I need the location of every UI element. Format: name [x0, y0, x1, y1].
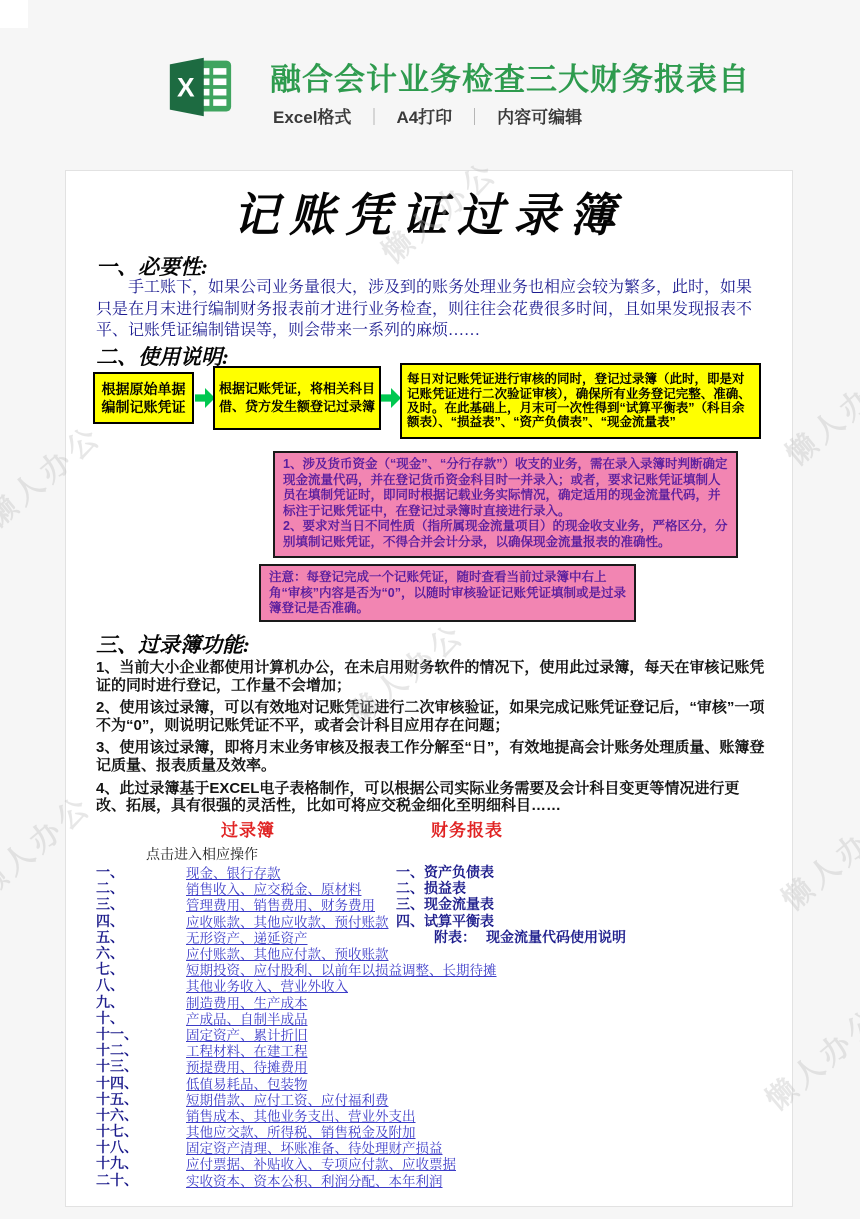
appendix-text: 现金流量代码使用说明: [486, 927, 626, 947]
section3-item: 3、使用该过录簿，即将月末业务审核及报表工作分解至“日”，有效地提高会计账务处理…: [96, 739, 768, 774]
flow-arrow-icon: [381, 388, 401, 408]
click-hint: 点击进入相应操作: [146, 844, 258, 864]
cash-flow-note-item: 2、要求对当日不同性质（指所属现金流量项目）的现金收支业务，严格区分，分别填制记…: [283, 519, 728, 550]
cash-flow-note: 1、涉及货币资金（“现金”、“分行存款”）收支的业务，需在录入录簿时判断确定现金…: [273, 451, 738, 558]
appendix-label: 附表：: [434, 927, 476, 947]
corner-patch: [0, 0, 28, 28]
ledger-row-link[interactable]: 实收资本、资本公积、利润分配、本年利润: [186, 1170, 443, 1190]
flow-arrow-icon: [195, 388, 215, 408]
document-preview: 记账凭证过录簿 一、必要性: 手工账下，如果公司业务量很大，涉及到的账务处理业务…: [65, 170, 793, 1207]
page-title: 融合会计业务检查三大财务报表自: [270, 54, 830, 99]
flow-box-3: 每日对记账凭证进行审核的同时，登记过录簿（此时，即是对记账凭证进行二次验证审核）…: [400, 363, 761, 439]
section3-heading: 三、过录簿功能:: [96, 629, 250, 659]
excel-logo-icon: X: [167, 55, 233, 119]
edit-label: 内容可编辑: [497, 108, 582, 127]
appendix-row: 附表： 现金流量代码使用说明: [396, 929, 626, 945]
section1-paragraph: 手工账下，如果公司业务量很大，涉及到的账务处理业务也相应会较为繁多，此时，如果只…: [96, 277, 766, 342]
flow-box-1: 根据原始单据编制记账凭证: [93, 372, 194, 424]
ledger-row-number: 二十、: [96, 1170, 186, 1190]
section3-item: 1、当前大小企业都使用计算机办公，在未启用财务软件的情况下，使用此过录簿，每天在…: [96, 659, 768, 694]
reports-list: 一、资产负债表二、损益表三、现金流量表四、试算平衡表 附表： 现金流量代码使用说…: [396, 864, 626, 945]
subtitle-separator: ｜: [365, 108, 382, 127]
flowchart: 根据原始单据编制记账凭证 根据记账凭证，将相关科目借、贷方发生额登记过录簿 每日…: [66, 363, 794, 443]
subtitle-separator: ｜: [466, 108, 483, 127]
ledger-row: 二十、实收资本、资本公积、利润分配、本年利润: [96, 1172, 497, 1188]
print-label: A4打印: [396, 108, 452, 127]
page-subtitle: Excel格式｜A4打印｜内容可编辑: [273, 103, 582, 128]
section3-item: 2、使用该过录簿，可以有效地对记账凭证进行二次审核验证，如果完成记账凭证登记后，…: [96, 699, 768, 734]
flow-box-2: 根据记账凭证，将相关科目借、贷方发生额登记过录簿: [213, 366, 381, 430]
report-row-number: 四、: [396, 911, 424, 931]
ledger-column-header: 过录簿: [221, 816, 275, 841]
reports-column-header: 财务报表: [431, 816, 503, 841]
section3-list: 1、当前大小企业都使用计算机办公，在未启用财务软件的情况下，使用此过录簿，每天在…: [96, 659, 768, 820]
document-title: 记账凭证过录簿: [66, 179, 792, 245]
format-label: Excel格式: [273, 108, 351, 127]
link-columns: 过录簿 财务报表 点击进入相应操作 一、现金、银行存款二、销售收入、应交税金、原…: [66, 816, 794, 1206]
section3-item: 4、此过录簿基于EXCEL电子表格制作，可以根据公司实际业务需要及会计科目变更等…: [96, 780, 768, 815]
cash-flow-note-item: 1、涉及货币资金（“现金”、“分行存款”）收支的业务，需在录入录簿时判断确定现金…: [283, 457, 728, 519]
attention-note: 注意：每登记完成一个记账凭证，随时查看当前过录簿中右上角“审核”内容是否为“0”…: [259, 564, 636, 622]
svg-text:X: X: [177, 72, 195, 102]
